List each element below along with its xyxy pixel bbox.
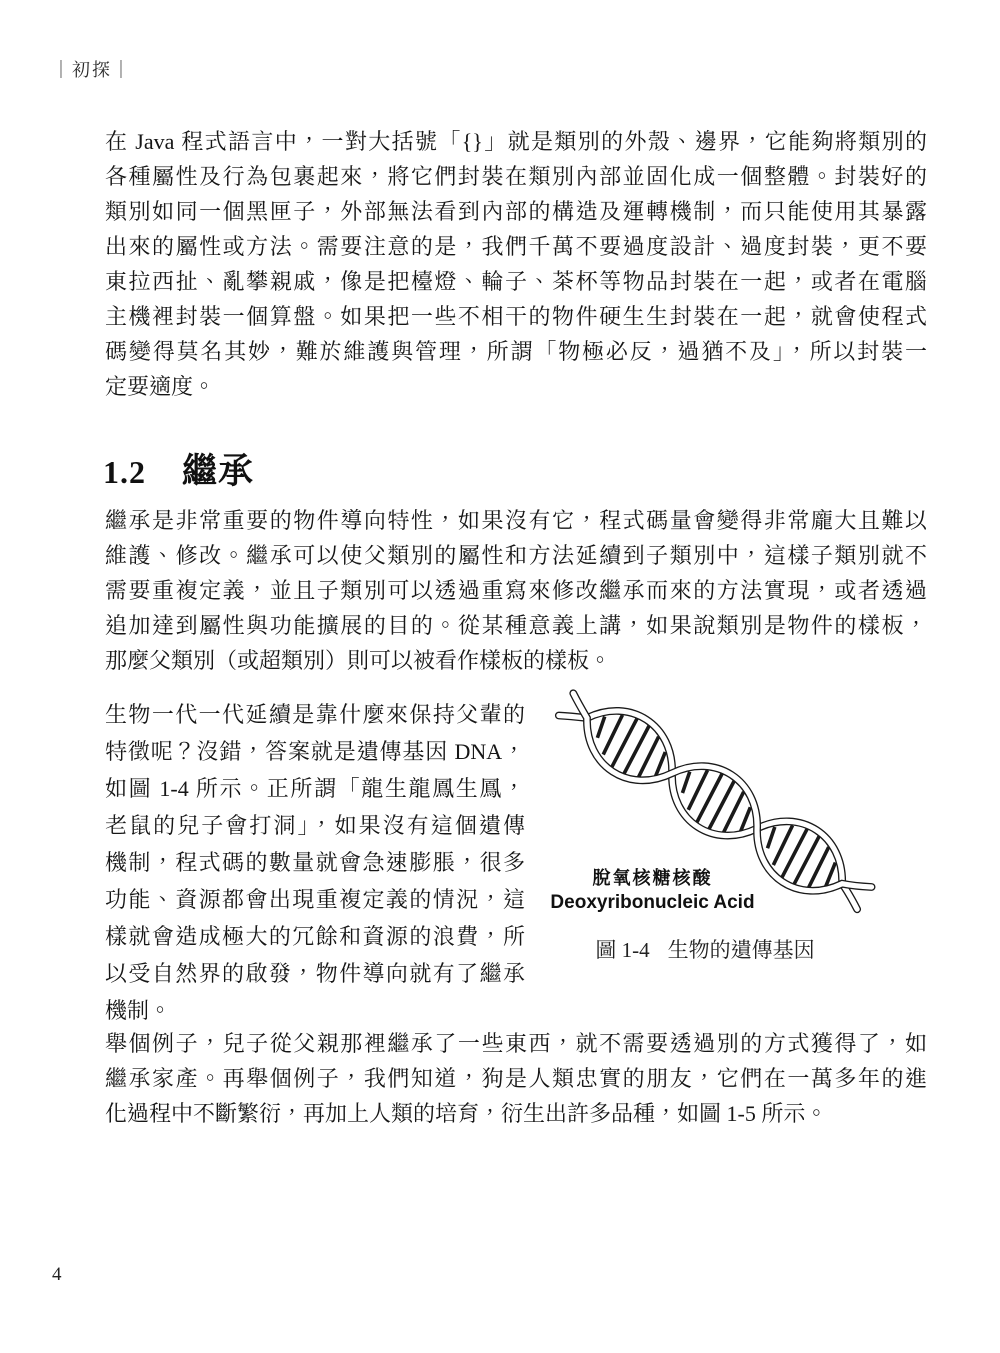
text-line: 需要重複定義，並且子類別可以透過重寫來修改繼承而來的方法實現，或者透過	[105, 573, 927, 608]
section-heading-1-2: 1.2繼承	[103, 444, 254, 494]
text-line: 東拉西扯、亂攀親戚，像是把檯燈、輪子、茶杯等物品封裝在一起，或者在電腦	[105, 264, 927, 299]
text-line: 各種屬性及行為包裹起來，將它們封裝在類別內部並固化成一個整體。封裝好的	[105, 159, 927, 194]
figure-1-4: 脫氧核糖核酸 Deoxyribonucleic Acid 圖 1-4生物的遺傳基…	[545, 688, 945, 978]
text-line: 舉個例子，兒子從父親那裡繼承了一些東西，就不需要透過別的方式獲得了，如	[105, 1026, 927, 1061]
text-line: 繼承家產。再舉個例子，我們知道，狗是人類忠實的朋友，它們在一萬多年的進	[105, 1061, 927, 1096]
paragraph-inheritance-intro: 繼承是非常重要的物件導向特性，如果沒有它，程式碼量會變得非常龐大且難以 維護、修…	[105, 503, 927, 678]
text-line: 特徵呢？沒錯，答案就是遺傳基因 DNA，	[105, 733, 525, 770]
figure-caption-number: 圖 1-4	[595, 938, 649, 962]
text-line: 那麼父類別（或超類別）則可以被看作樣板的樣板。	[105, 643, 927, 678]
section-number: 1.2	[103, 454, 146, 490]
section-title: 繼承	[182, 452, 254, 491]
text-line: 如圖 1-4 所示。正所謂「龍生龍鳳生鳳，	[105, 770, 525, 807]
book-page: { "page": { "header": "｜初探｜", "page_numb…	[0, 0, 1000, 1353]
text-line: 主機裡封裝一個算盤。如果把一些不相干的物件硬生生封裝在一起，就會使程式	[105, 299, 927, 334]
text-line: 樣就會造成極大的冗餘和資源的浪費，所	[105, 918, 525, 955]
text-line: 類別如同一個黑匣子，外部無法看到內部的構造及運轉機制，而只能使用其暴露	[105, 194, 927, 229]
text-line: 維護、修改。繼承可以使父類別的屬性和方法延續到子類別中，這樣子類別就不	[105, 538, 927, 573]
text-line: 以受自然界的啟發，物件導向就有了繼承	[105, 955, 525, 992]
page-number: 4	[52, 1264, 62, 1286]
text-line: 機制。	[105, 992, 525, 1029]
text-line: 追加達到屬性與功能擴展的目的。從某種意義上講，如果說類別是物件的樣板，	[105, 608, 927, 643]
text-line: 出來的屬性或方法。需要注意的是，我們千萬不要過度設計、過度封裝，更不要	[105, 229, 927, 264]
text-line: 功能、資源都會出現重複定義的情況，這	[105, 881, 525, 918]
text-line: 碼變得莫名其妙，難於維護與管理，所謂「物極必反，過猶不及」，所以封裝一	[105, 334, 927, 369]
figure-caption-title: 生物的遺傳基因	[668, 938, 815, 962]
dna-label-english: Deoxyribonucleic Acid	[545, 892, 760, 914]
text-line: 生物一代一代延續是靠什麼來保持父輩的	[105, 696, 525, 733]
text-line: 在 Java 程式語言中，一對大括號「{}」就是類別的外殼、邊界，它能夠將類別的	[105, 124, 927, 159]
text-line: 機制，程式碼的數量就會急速膨脹，很多	[105, 844, 525, 881]
dna-label-chinese: 脫氧核糖核酸	[545, 864, 760, 890]
running-header: ｜初探｜	[52, 56, 132, 82]
paragraph-inheritance-examples: 舉個例子，兒子從父親那裡繼承了一些東西，就不需要透過別的方式獲得了，如 繼承家產…	[105, 1026, 927, 1131]
paragraph-dna-left-column: 生物一代一代延續是靠什麼來保持父輩的 特徵呢？沒錯，答案就是遺傳基因 DNA， …	[105, 696, 525, 1029]
figure-caption: 圖 1-4生物的遺傳基因	[575, 934, 835, 964]
text-line: 化過程中不斷繁衍，再加上人類的培育，衍生出許多品種，如圖 1-5 所示。	[105, 1096, 927, 1131]
dna-label: 脫氧核糖核酸 Deoxyribonucleic Acid	[545, 864, 760, 914]
text-line: 繼承是非常重要的物件導向特性，如果沒有它，程式碼量會變得非常龐大且難以	[105, 503, 927, 538]
paragraph-encapsulation: 在 Java 程式語言中，一對大括號「{}」就是類別的外殼、邊界，它能夠將類別的…	[105, 124, 927, 404]
text-line: 定要適度。	[105, 369, 927, 404]
text-line: 老鼠的兒子會打洞」，如果沒有這個遺傳	[105, 807, 525, 844]
